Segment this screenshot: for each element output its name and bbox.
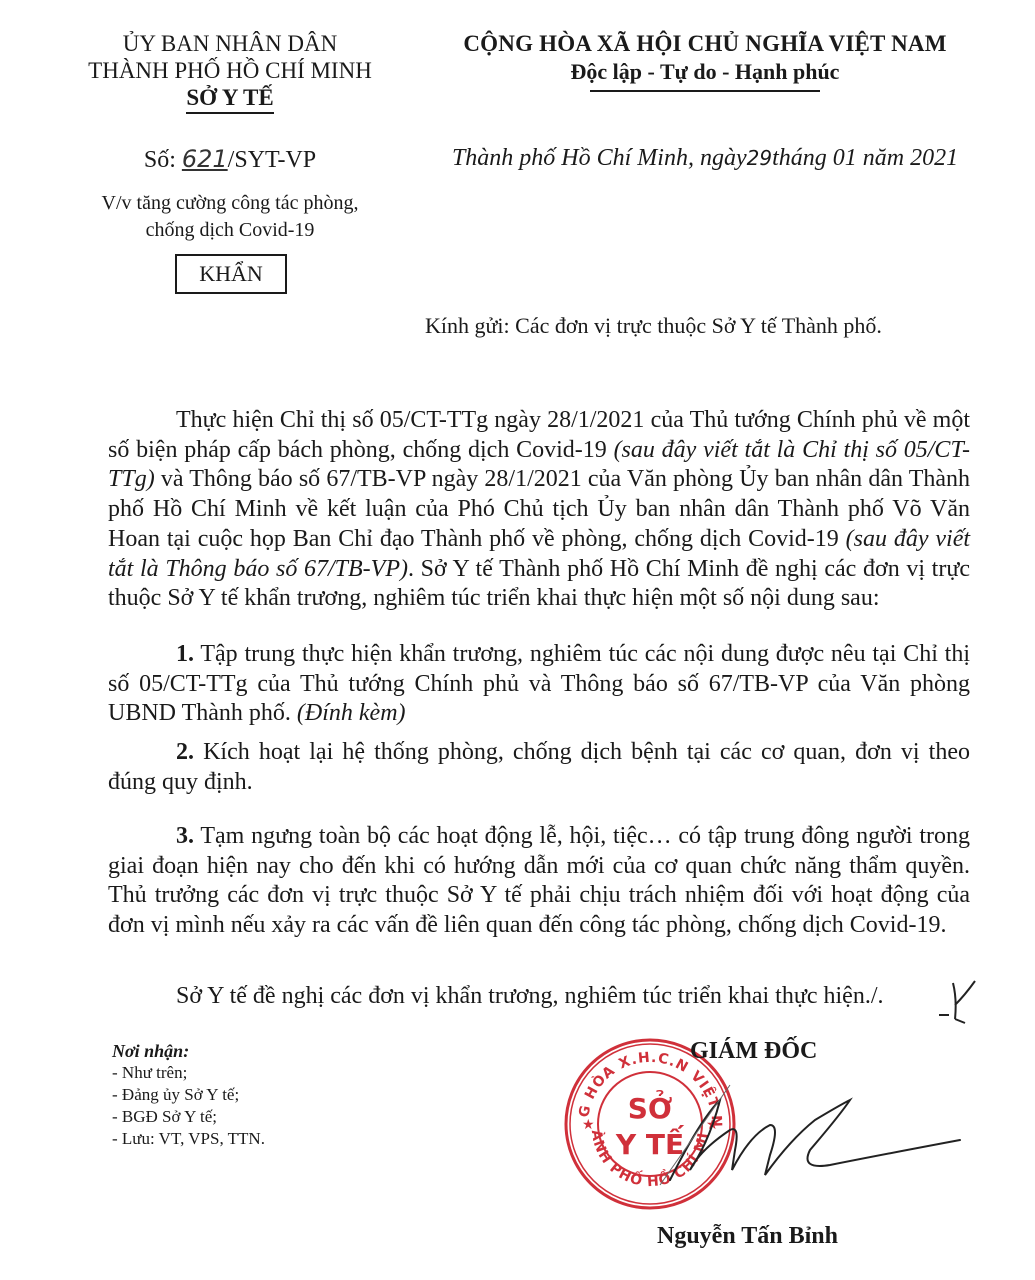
- national-header: CỘNG HÒA XÃ HỘI CHỦ NGHĨA VIỆT NAM Độc l…: [425, 30, 985, 92]
- signer-name: Nguyễn Tấn Bỉnh: [657, 1223, 838, 1250]
- item-1-attachment-note: (Đính kèm): [297, 700, 406, 726]
- recipient-item: - Như trên;: [112, 1062, 265, 1084]
- item-1-text: Tập trung thực hiện khẩn trương, nghiêm …: [108, 641, 970, 726]
- national-motto: Độc lập - Tự do - Hạnh phúc: [425, 58, 985, 86]
- initial-mark-icon: [935, 975, 985, 1025]
- item-2-number: 2.: [176, 739, 194, 765]
- intro-text-c: và Thông báo số 67/TB-VP ngày 28/1/2021 …: [108, 466, 970, 551]
- date-day-handwritten: 29: [747, 146, 772, 170]
- signatory-title: GIÁM ĐỐC: [690, 1038, 817, 1065]
- document-date: Thành phố Hồ Chí Minh, ngày29tháng 01 nă…: [425, 145, 985, 172]
- date-prefix: Thành phố Hồ Chí Minh, ngày: [452, 145, 747, 171]
- intro-paragraph: Thực hiện Chỉ thị số 05/CT-TTg ngày 28/1…: [108, 406, 970, 614]
- nation-title: CỘNG HÒA XÃ HỘI CHỦ NGHĨA VIỆT NAM: [425, 30, 985, 58]
- closing-paragraph: Sở Y tế đề nghị các đơn vị khẩn trương, …: [108, 982, 970, 1012]
- recipients-list: Nơi nhận: - Như trên; - Đảng ủy Sở Y tế;…: [112, 1040, 265, 1150]
- department-name: SỞ Y TẾ: [186, 84, 273, 114]
- document-number-suffix: /SYT-VP: [228, 147, 316, 173]
- document-number: Số: 621/SYT-VP: [60, 145, 400, 174]
- subject-line-2: chống dịch Covid-19: [60, 217, 400, 244]
- svg-text:★: ★: [582, 1117, 595, 1133]
- item-3-text: Tạm ngưng toàn bộ các hoạt động lễ, hội,…: [108, 823, 970, 938]
- authority-line-2: THÀNH PHỐ HỒ CHÍ MINH: [60, 57, 400, 84]
- issuing-authority-header: ỦY BAN NHÂN DÂN THÀNH PHỐ HỒ CHÍ MINH SỞ…: [60, 30, 400, 114]
- item-1-number: 1.: [176, 641, 194, 667]
- item-2-text: Kích hoạt lại hệ thống phòng, chống dịch…: [108, 739, 970, 795]
- closing-text: Sở Y tế đề nghị các đơn vị khẩn trương, …: [108, 982, 970, 1012]
- recipient-item: - BGĐ Sở Y tế;: [112, 1106, 265, 1128]
- document-number-prefix: Số:: [144, 147, 182, 173]
- subject-line-1: V/v tăng cường công tác phòng,: [60, 190, 400, 217]
- date-suffix: tháng 01 năm 2021: [772, 145, 958, 171]
- salutation: Kính gửi: Các đơn vị trực thuộc Sở Y tế …: [425, 313, 882, 339]
- item-3-paragraph: 3. Tạm ngưng toàn bộ các hoạt động lễ, h…: [108, 822, 970, 941]
- handwritten-signature-icon: [640, 1080, 970, 1190]
- motto-underline: [590, 90, 820, 92]
- item-3-number: 3.: [176, 823, 194, 849]
- item-2-paragraph: 2. Kích hoạt lại hệ thống phòng, chống d…: [108, 738, 970, 797]
- recipient-item: - Đảng ủy Sở Y tế;: [112, 1084, 265, 1106]
- document-subject: V/v tăng cường công tác phòng, chống dịc…: [60, 190, 400, 244]
- item-1-paragraph: 1. Tập trung thực hiện khẩn trương, nghi…: [108, 640, 970, 729]
- urgency-badge: KHẨN: [175, 254, 287, 294]
- authority-line-1: ỦY BAN NHÂN DÂN: [60, 30, 400, 57]
- document-number-handwritten: 621: [182, 145, 228, 173]
- recipient-item: - Lưu: VT, VPS, TTN.: [112, 1128, 265, 1150]
- recipients-title: Nơi nhận:: [112, 1040, 265, 1062]
